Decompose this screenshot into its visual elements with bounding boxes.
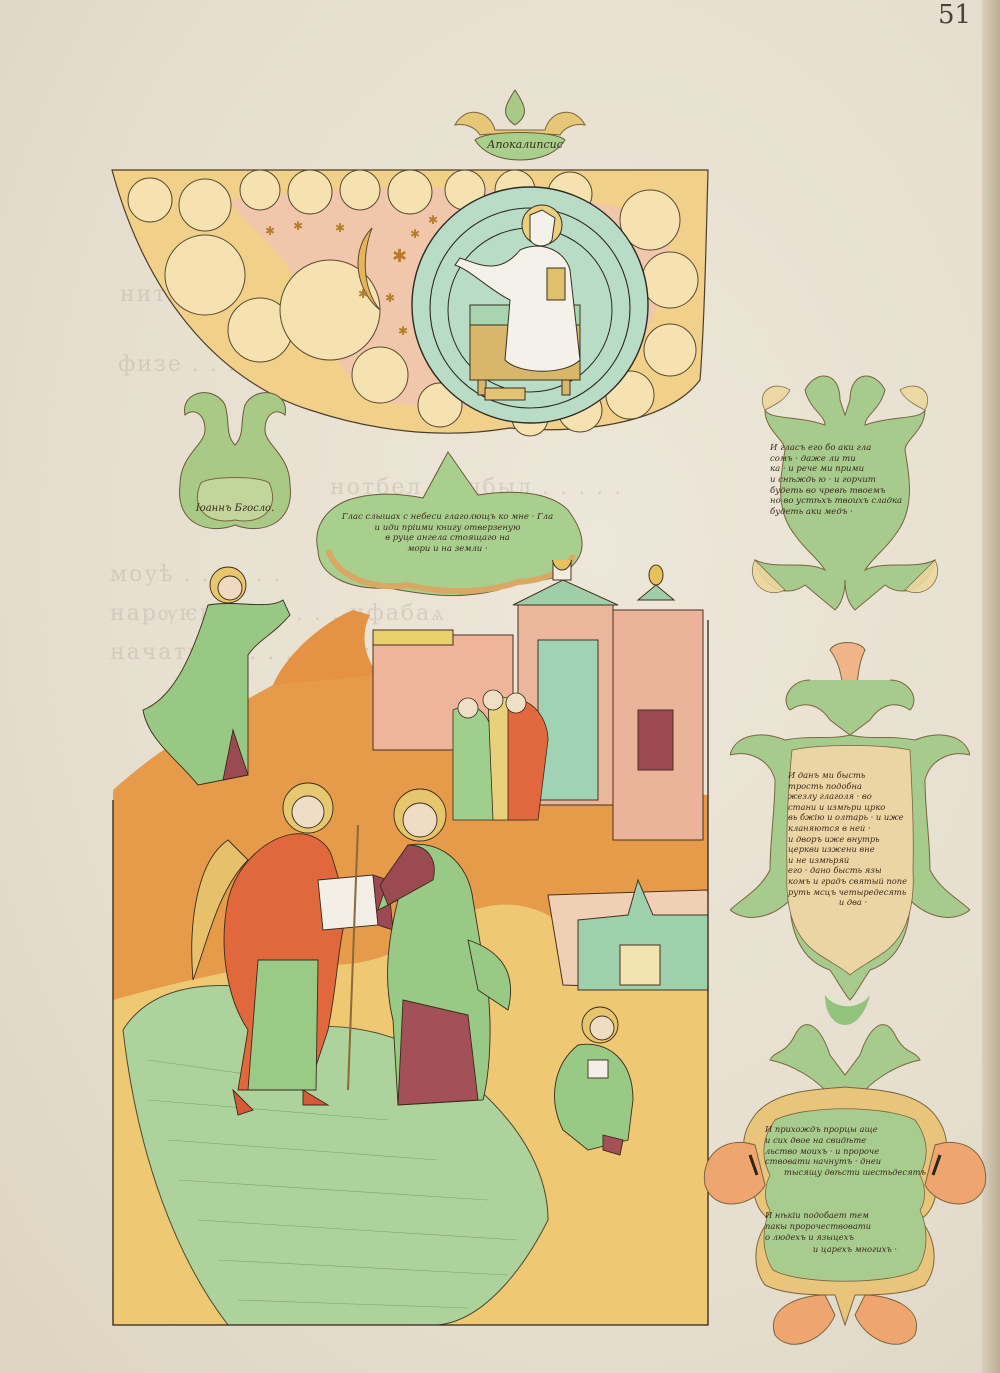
text-line: трость подобна [788,781,918,792]
svg-text:✱: ✱ [398,324,408,338]
caption-line: в руце ангела стоящаго на [325,533,570,544]
svg-text:✱: ✱ [392,246,407,267]
folio-number: 51 [938,0,971,30]
caption-line: мори и на земли · [325,544,570,555]
text-line: и два · [788,897,918,908]
svg-text:✱: ✱ [293,219,303,233]
text-line: и снѣждь ю · и горчит [770,475,920,486]
right-top-text: И гласъ его бо аки гла сомъ · даже ли ти… [770,443,920,517]
text-line: о людехъ и языцехъ [765,1232,945,1243]
manuscript-page: 51 нити прило . . . . . физе . . . . . .… [0,0,1000,1373]
text-line: руть мсцъ четыредесять [788,887,918,898]
text-line: церкви изжени вне [788,844,918,855]
text-line: стани и измѣри црко [788,802,918,813]
caption-line: Глас слышах с небеси глаголющъ ко мне · … [325,512,570,523]
svg-text:✱: ✱ [265,224,275,238]
text-line: его · дано бысть язы [788,865,918,876]
svg-text:✱: ✱ [410,227,420,241]
text-line: пакы пророчествовати [765,1221,945,1232]
text-line: ствовати начнутъ · днеи [765,1156,945,1167]
text-line: будеть во чревѣ твоемъ [770,486,920,497]
text-line: жезлу глаголя · во [788,791,918,802]
text-line: но во устѣхъ твоихъ сладка [770,496,920,507]
caption-line: и иди пріими книгу отверзеную [325,523,570,534]
text-line: И нѣкіи подобает тем [765,1210,945,1221]
text-line: кланяются в ней · [788,823,918,834]
text-line: И гласъ его бо аки гла [770,443,920,454]
text-line: ка · и рече ми прими [770,464,920,475]
right-bottom-cartouche [695,995,995,1365]
john-label: Іоаннъ Бгосло. [185,503,285,516]
svg-text:✱: ✱ [358,287,368,301]
svg-text:✱: ✱ [428,213,438,227]
title-cartouche [445,85,595,165]
right-bottom-text-a: И прихождъ прорцы аще и сих двое на свид… [765,1124,945,1178]
right-middle-text: И данъ ми бысть трость подобна жезлу гла… [788,770,918,908]
text-line: и царехъ многихъ · [765,1244,945,1255]
main-scene [108,560,720,1330]
text-line: и дворъ иже внутрь [788,834,918,845]
john-label-cartouche [170,385,300,540]
text-line: и не измѣряй [788,855,918,866]
text-line: будеть аки медъ · [770,507,920,518]
text-line: сомъ · даже ли ти [770,454,920,465]
text-line: И прихождъ прорцы аще [765,1124,945,1135]
text-line: льство моихъ · и пророче [765,1146,945,1157]
text-line: комъ и градъ святый попе [788,876,918,887]
title-cartouche-label: Апокалипсис [485,138,565,152]
center-caption: Глас слышах с небеси глаголющъ ко мне · … [325,512,570,555]
text-line: и сих двое на свидѣте [765,1135,945,1146]
text-line: тысящу двѣсти шестьдесятъ [765,1167,945,1178]
text-line: И данъ ми бысть [788,770,918,781]
svg-text:✱: ✱ [335,221,345,235]
svg-text:✱: ✱ [385,291,395,305]
right-bottom-text-b: И нѣкіи подобает тем пакы пророчествоват… [765,1210,945,1255]
text-line: вь бжію и олтарь · и иже [788,812,918,823]
